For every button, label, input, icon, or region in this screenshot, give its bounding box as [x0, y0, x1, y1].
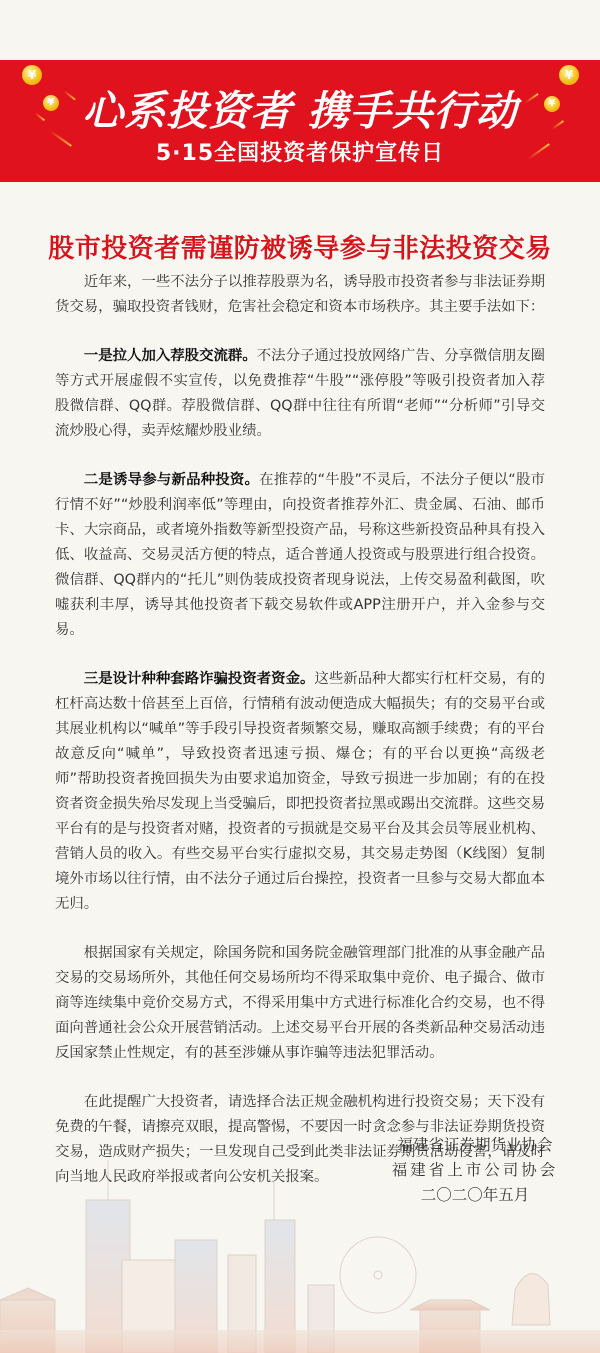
paragraph-text: 根据国家有关规定，除国务院和国务院金融管理部门批准的从事金融产品交易的交易场所外… — [55, 945, 545, 1061]
signature-org-listed-companies: 福建省上市公司协会 — [380, 1158, 570, 1183]
paragraph-text: 近年来，一些不法分子以推荐股票为名，诱导股市投资者参与非法证券期货交易，骗取投资… — [55, 274, 545, 315]
banner-subtitle: 5·15全国投资者保护宣传日 — [0, 136, 600, 167]
paragraph-lead: 二是诱导参与新品种投资。 — [84, 472, 259, 488]
paragraph-intro: 近年来，一些不法分子以推荐股票为名，诱导股市投资者参与非法证券期货交易，骗取投资… — [55, 270, 545, 320]
signature-block: 福建省证券期货业协会 福建省上市公司协会 二〇二〇年五月 — [380, 1133, 570, 1208]
article-title: 股市投资者需谨防被诱导参与非法投资交易 — [0, 228, 600, 265]
paragraph-lead: 一是拉人加入荐股交流群。 — [84, 348, 257, 364]
paragraph-method-2: 二是诱导参与新品种投资。在推荐的“牛股”不灵后，不法分子便以“股市行情不好”“炒… — [55, 468, 545, 643]
signature-org-securities-futures: 福建省证券期货业协会 — [380, 1133, 570, 1158]
paragraph-text: 在推荐的“牛股”不灵后，不法分子便以“股市行情不好”“炒股利润率低”等理由，向投… — [55, 472, 545, 638]
paragraph-regulation: 根据国家有关规定，除国务院和国务院金融管理部门批准的从事金融产品交易的交易场所外… — [55, 941, 545, 1066]
banner-title: 心系投资者 携手共行动 — [0, 78, 600, 137]
paragraph-method-3: 三是设计种种套路诈骗投资者资金。这些新品种大都实行杠杆交易，有的杠杆高达数十倍甚… — [55, 667, 545, 917]
signature-date: 二〇二〇年五月 — [380, 1183, 570, 1208]
paragraph-lead: 三是设计种种套路诈骗投资者资金。 — [84, 671, 315, 687]
paragraph-method-1: 一是拉人加入荐股交流群。不法分子通过投放网络广告、分享微信朋友圈等方式开展虚假不… — [55, 344, 545, 444]
paragraph-text: 这些新品种大都实行杠杆交易，有的杠杆高达数十倍甚至上百倍，行情稍有波动便造成大幅… — [55, 671, 545, 912]
article-body: 近年来，一些不法分子以推荐股票为名，诱导股市投资者参与非法证券期货交易，骗取投资… — [55, 270, 545, 1214]
hero-banner: ¥ ¥ ¥ ¥ 心系投资者 携手共行动 5·15全国投资者保护宣传日 — [0, 60, 600, 182]
